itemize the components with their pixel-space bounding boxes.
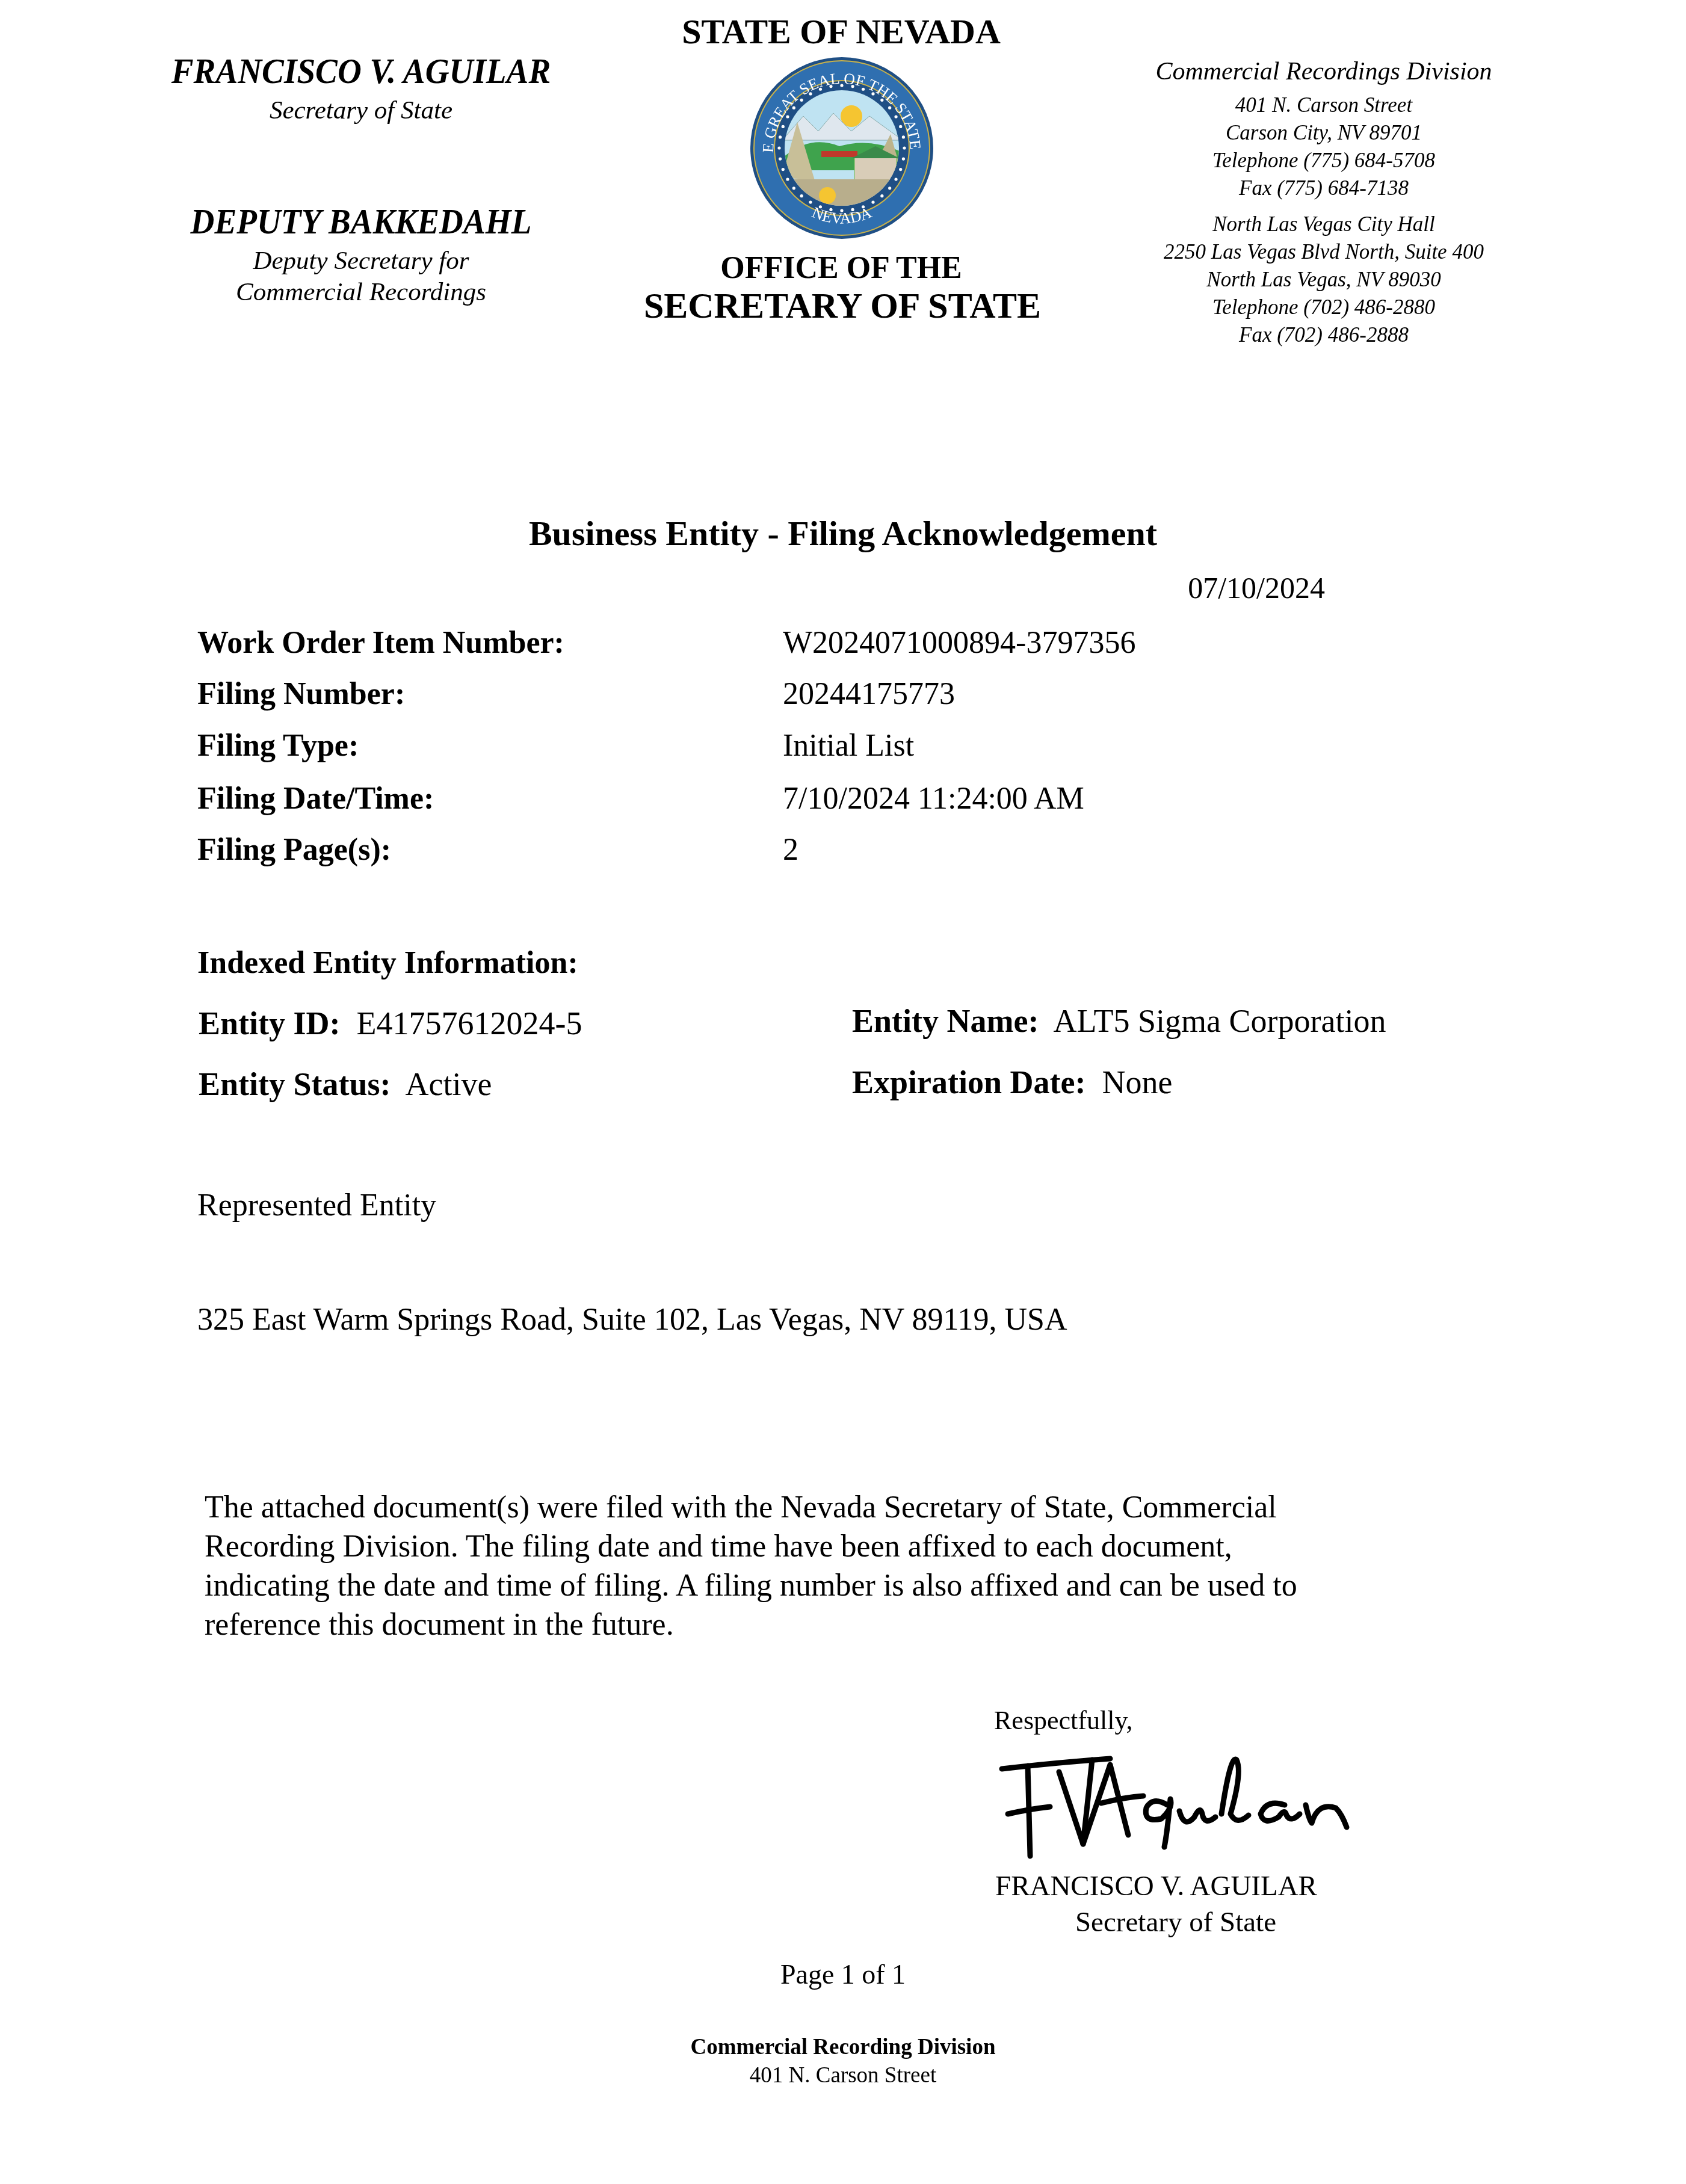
detail-label: Filing Number:: [197, 679, 405, 710]
deputy-name: DEPUTY BAKKEDAHL: [140, 203, 582, 239]
page-number: Page 1 of 1: [0, 1961, 1686, 1988]
detail-value: Initial List: [783, 730, 914, 762]
entity-status-field: Entity Status: Active: [199, 1068, 492, 1100]
expiration-date-field: Expiration Date: None: [852, 1066, 1172, 1099]
detail-value: 7/10/2024 11:24:00 AM: [783, 783, 1084, 815]
office-title-line2: SECRETARY OF STATE: [602, 288, 1083, 324]
expiration-date-value: None: [1102, 1064, 1172, 1100]
secretary-name: FRANCISCO V. AGUILAR: [140, 53, 582, 89]
deputy-header: DEPUTY BAKKEDAHL Deputy Secretary for Co…: [120, 203, 602, 307]
detail-value: 20244175773: [783, 679, 955, 710]
entity-name-field: Entity Name: ALT5 Sigma Corporation: [852, 1005, 1386, 1037]
detail-label: Filing Type:: [197, 730, 359, 762]
carson-fax: Fax (775) 684-7138: [1113, 174, 1534, 202]
entity-id-label: Entity ID:: [199, 1005, 341, 1041]
expiration-date-label: Expiration Date:: [852, 1064, 1085, 1100]
deputy-title-line1: Deputy Secretary for: [120, 245, 602, 277]
deputy-title-line2: Commercial Recordings: [120, 277, 602, 308]
entity-status-label: Entity Status:: [199, 1066, 391, 1102]
represented-entity-address: 325 East Warm Springs Road, Suite 102, L…: [197, 1304, 1067, 1336]
represented-entity-label: Represented Entity: [197, 1190, 436, 1221]
handwritten-signature-icon: [993, 1748, 1426, 1874]
signer-name: FRANCISCO V. AGUILAR: [995, 1872, 1317, 1901]
carson-city-line: Carson City, NV 89701: [1113, 119, 1534, 147]
footer-address: 401 N. Carson Street: [0, 2064, 1686, 2087]
nlv-telephone: Telephone (702) 486-2880: [1113, 294, 1534, 321]
closing-text: Respectfully,: [994, 1707, 1133, 1734]
indexed-entity-heading: Indexed Entity Information:: [197, 948, 578, 979]
entity-name-value: ALT5 Sigma Corporation: [1053, 1003, 1386, 1039]
nlv-city-line: North Las Vegas, NV 89030: [1113, 266, 1534, 294]
detail-label: Work Order Item Number:: [197, 628, 564, 659]
carson-telephone: Telephone (775) 684-5708: [1113, 147, 1534, 174]
carson-address-line: 401 N. Carson Street: [1113, 91, 1534, 119]
office-title-line1: OFFICE OF THE: [631, 253, 1052, 284]
nlv-address-line: 2250 Las Vegas Blvd North, Suite 400: [1113, 238, 1534, 266]
division-title: Commercial Recordings Division: [1113, 59, 1534, 84]
detail-value: 2: [783, 834, 798, 866]
document-date: 07/10/2024: [1188, 573, 1325, 603]
detail-value: W2024071000894-3797356: [783, 628, 1135, 659]
footer-division: Commercial Recording Division: [0, 2036, 1686, 2058]
document-title: Business Entity - Filing Acknowledgement: [0, 516, 1686, 551]
nlv-office-name: North Las Vegas City Hall: [1113, 211, 1534, 238]
entity-id-field: Entity ID: E41757612024-5: [199, 1007, 582, 1040]
secretary-header: FRANCISCO V. AGUILAR Secretary of State: [120, 53, 602, 123]
entity-status-value: Active: [406, 1066, 492, 1102]
entity-id-value: E41757612024-5: [357, 1005, 582, 1041]
division-contact-block: Commercial Recordings Division 401 N. Ca…: [1113, 59, 1534, 349]
acknowledgement-paragraph: The attached document(s) were filed with…: [205, 1488, 1456, 1644]
detail-label: Filing Page(s):: [197, 834, 391, 866]
secretary-title: Secretary of State: [120, 97, 602, 123]
detail-label: Filing Date/Time:: [197, 783, 434, 815]
nlv-fax: Fax (702) 486-2888: [1113, 321, 1534, 349]
state-title: STATE OF NEVADA: [631, 14, 1052, 49]
entity-name-label: Entity Name:: [852, 1003, 1039, 1039]
signer-title: Secretary of State: [995, 1908, 1356, 1937]
nevada-state-seal-icon: THE GREAT SEAL OF THE STATE OF NEVADA AL…: [749, 56, 934, 240]
